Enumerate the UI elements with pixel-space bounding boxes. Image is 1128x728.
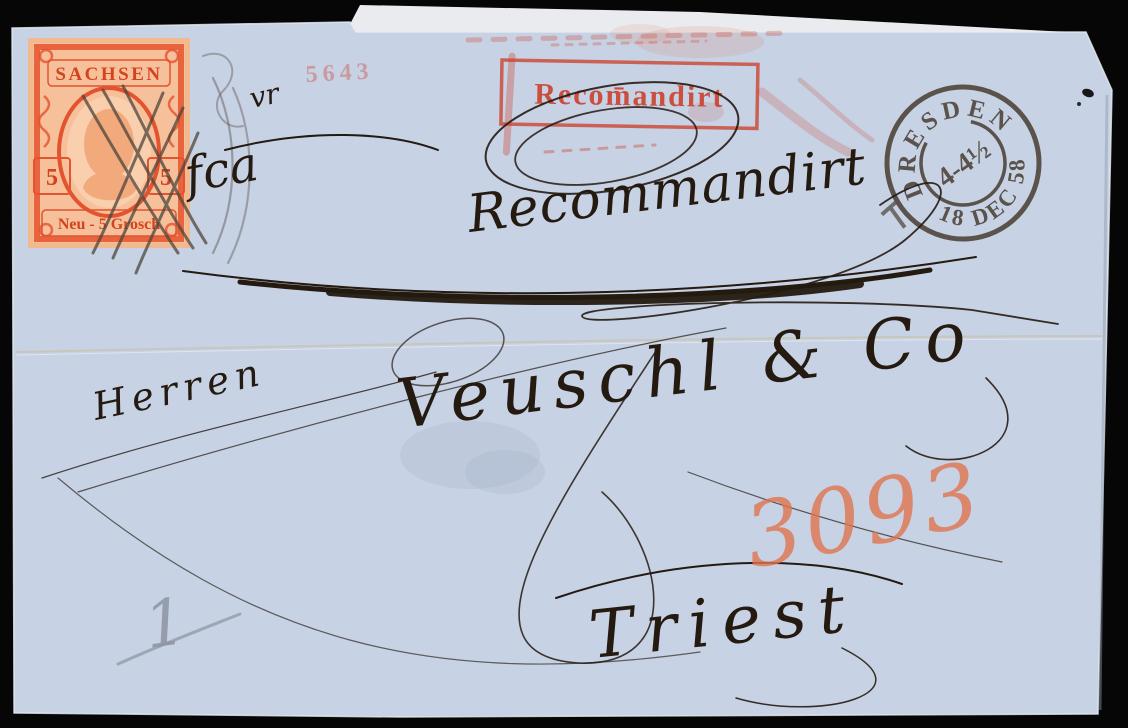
stamp-value-left: 5 <box>46 165 58 191</box>
cover-photograph: SACHSEN 5 5 Neu - 5 Grosch <box>0 0 1128 728</box>
portrait-king-johann <box>83 109 136 200</box>
stamp-country-label: SACHSEN <box>55 64 162 85</box>
dispatch-number-faint: 5643 <box>305 58 374 88</box>
